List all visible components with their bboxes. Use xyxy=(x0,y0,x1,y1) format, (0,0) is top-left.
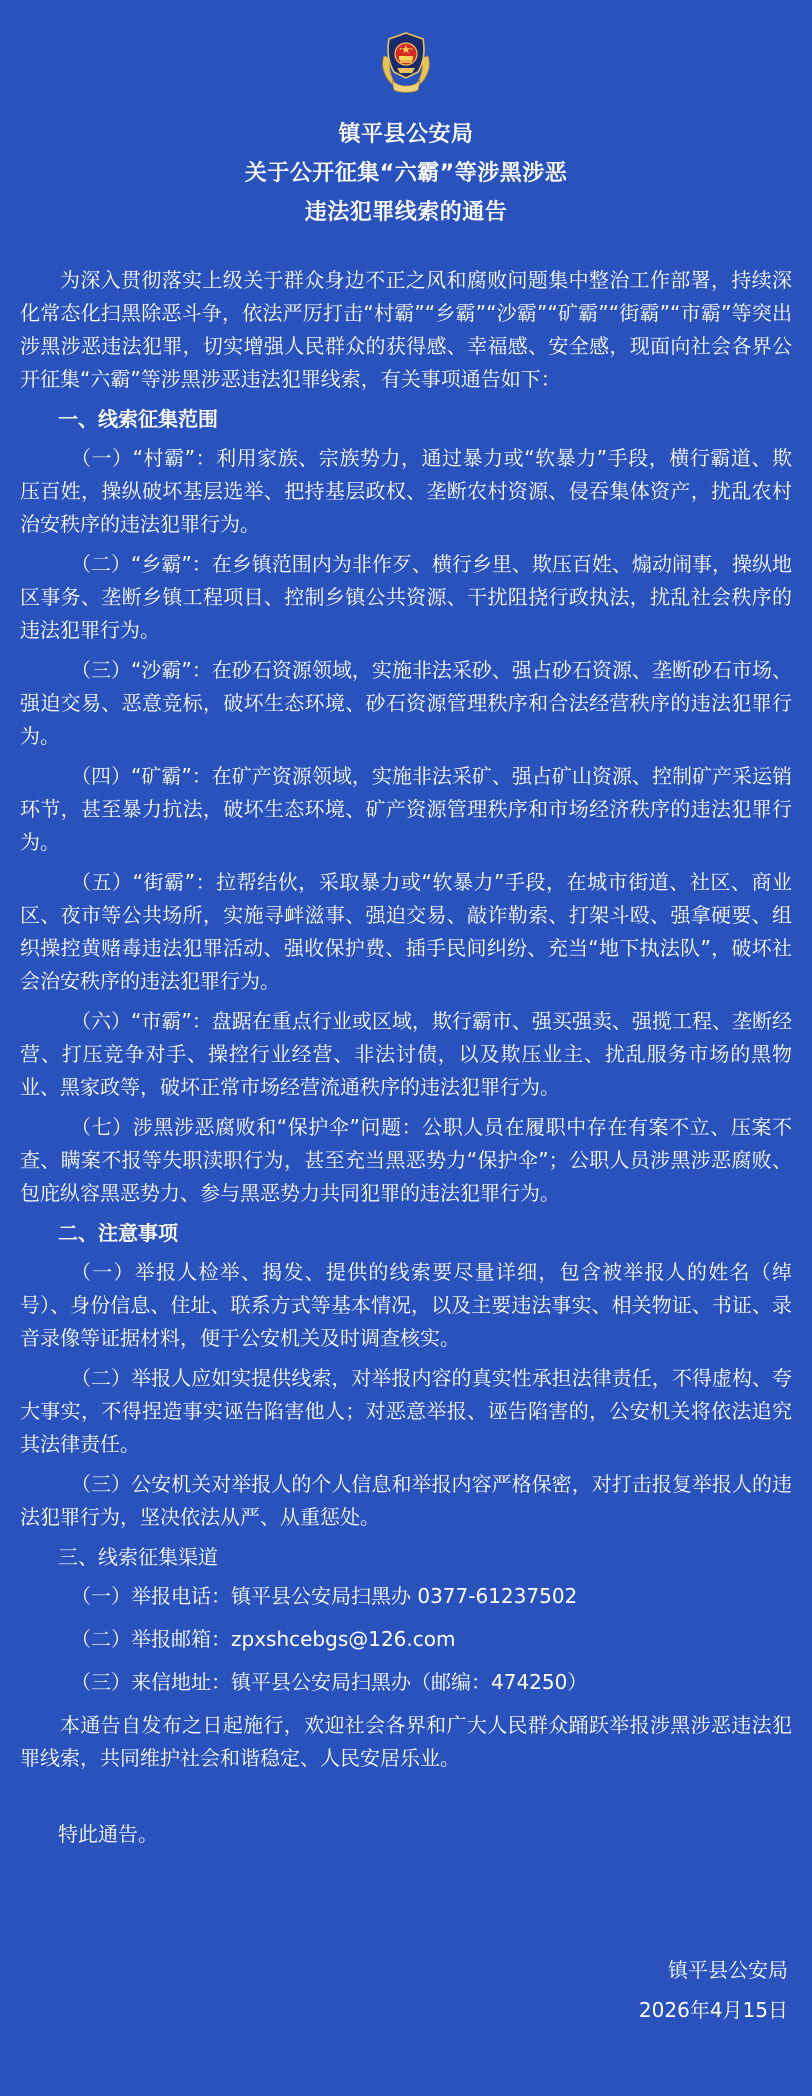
signature-date: 2026年4月15日 xyxy=(639,1990,788,2030)
channel-email-label: （二）举报邮箱： xyxy=(71,1627,231,1651)
sign-off: 特此通告。 xyxy=(20,1818,792,1851)
scope-item-shaba: （三）“沙霸”：在砂石资源领域，实施非法采砂、强占砂石资源、垄断砂石市场、强迫交… xyxy=(20,654,792,753)
section-heading-scope: 一、线索征集范围 xyxy=(20,403,792,436)
channel-email: （二）举报邮箱：zpxshcebgs@126.com xyxy=(20,1623,792,1656)
title-issuer: 镇平县公安局 xyxy=(0,115,812,154)
channel-mail-value: 镇平县公安局扫黑办（邮编：474250） xyxy=(231,1670,587,1694)
scope-item-kuangba: （四）“矿霸”：在矿产资源领域，实施非法采矿、强占矿山资源、控制矿产采运销环节，… xyxy=(20,760,792,859)
title-line-2: 关于公开征集“六霸”等涉黑涉恶 xyxy=(0,154,812,193)
channel-phone-value[interactable]: 镇平县公安局扫黑办 0377-61237502 xyxy=(231,1584,577,1608)
scope-item-shiba: （六）“市霸”：盘踞在重点行业或区域，欺行霸市、强买强卖、强揽工程、垄断经营、打… xyxy=(20,1005,792,1104)
scope-item-protective-umbrella: （七）涉黑涉恶腐败和“保护伞”问题：公职人员在履职中存在有案不立、压案不查、瞒案… xyxy=(20,1111,792,1210)
spacer xyxy=(20,1782,792,1818)
intro-paragraph: 为深入贯彻落实上级关于群众身边不正之风和腐败问题集中整治工作部署，持续深化常态化… xyxy=(20,264,792,396)
section-heading-notes: 二、注意事项 xyxy=(20,1217,792,1250)
channel-mail-label: （三）来信地址： xyxy=(71,1670,231,1694)
notice-body: 为深入贯彻落实上级关于群众身边不正之风和腐败问题集中整治工作部署，持续深化常态化… xyxy=(20,264,792,1851)
police-emblem-icon xyxy=(378,30,434,94)
closing-paragraph: 本通告自发布之日起施行，欢迎社会各界和广大人民群众踊跃举报涉黑涉恶违法犯罪线索，… xyxy=(20,1709,792,1775)
channel-phone: （一）举报电话：镇平县公安局扫黑办 0377-61237502 xyxy=(20,1580,792,1613)
notice-title: 镇平县公安局 关于公开征集“六霸”等涉黑涉恶 违法犯罪线索的通告 xyxy=(0,115,812,232)
signature-issuer: 镇平县公安局 xyxy=(639,1950,788,1990)
notes-item-detail: （一）举报人检举、揭发、提供的线索要尽量详细，包含被举报人的姓名（绰号）、身份信… xyxy=(20,1256,792,1355)
channel-email-value[interactable]: zpxshcebgs@126.com xyxy=(231,1627,455,1651)
notes-item-truthful: （二）举报人应如实提供线索，对举报内容的真实性承担法律责任，不得虚构、夸大事实，… xyxy=(20,1362,792,1461)
scope-item-cunba: （一）“村霸”：利用家族、宗族势力，通过暴力或“软暴力”手段，横行霸道、欺压百姓… xyxy=(20,442,792,541)
scope-item-jieba: （五）“街霸”：拉帮结伙，采取暴力或“软暴力”手段，在城市街道、社区、商业区、夜… xyxy=(20,866,792,998)
scope-item-xiangba: （二）“乡霸”：在乡镇范围内为非作歹、横行乡里、欺压百姓、煽动闹事，操纵地区事务… xyxy=(20,548,792,647)
channel-phone-label: （一）举报电话： xyxy=(71,1584,231,1608)
channel-mail: （三）来信地址：镇平县公安局扫黑办（邮编：474250） xyxy=(20,1666,792,1699)
title-line-3: 违法犯罪线索的通告 xyxy=(0,193,812,232)
section-heading-channels: 三、线索征集渠道 xyxy=(20,1541,792,1574)
signature-block: 镇平县公安局 2026年4月15日 xyxy=(639,1950,788,2030)
notes-item-confidential: （三）公安机关对举报人的个人信息和举报内容严格保密，对打击报复举报人的违法犯罪行… xyxy=(20,1468,792,1534)
